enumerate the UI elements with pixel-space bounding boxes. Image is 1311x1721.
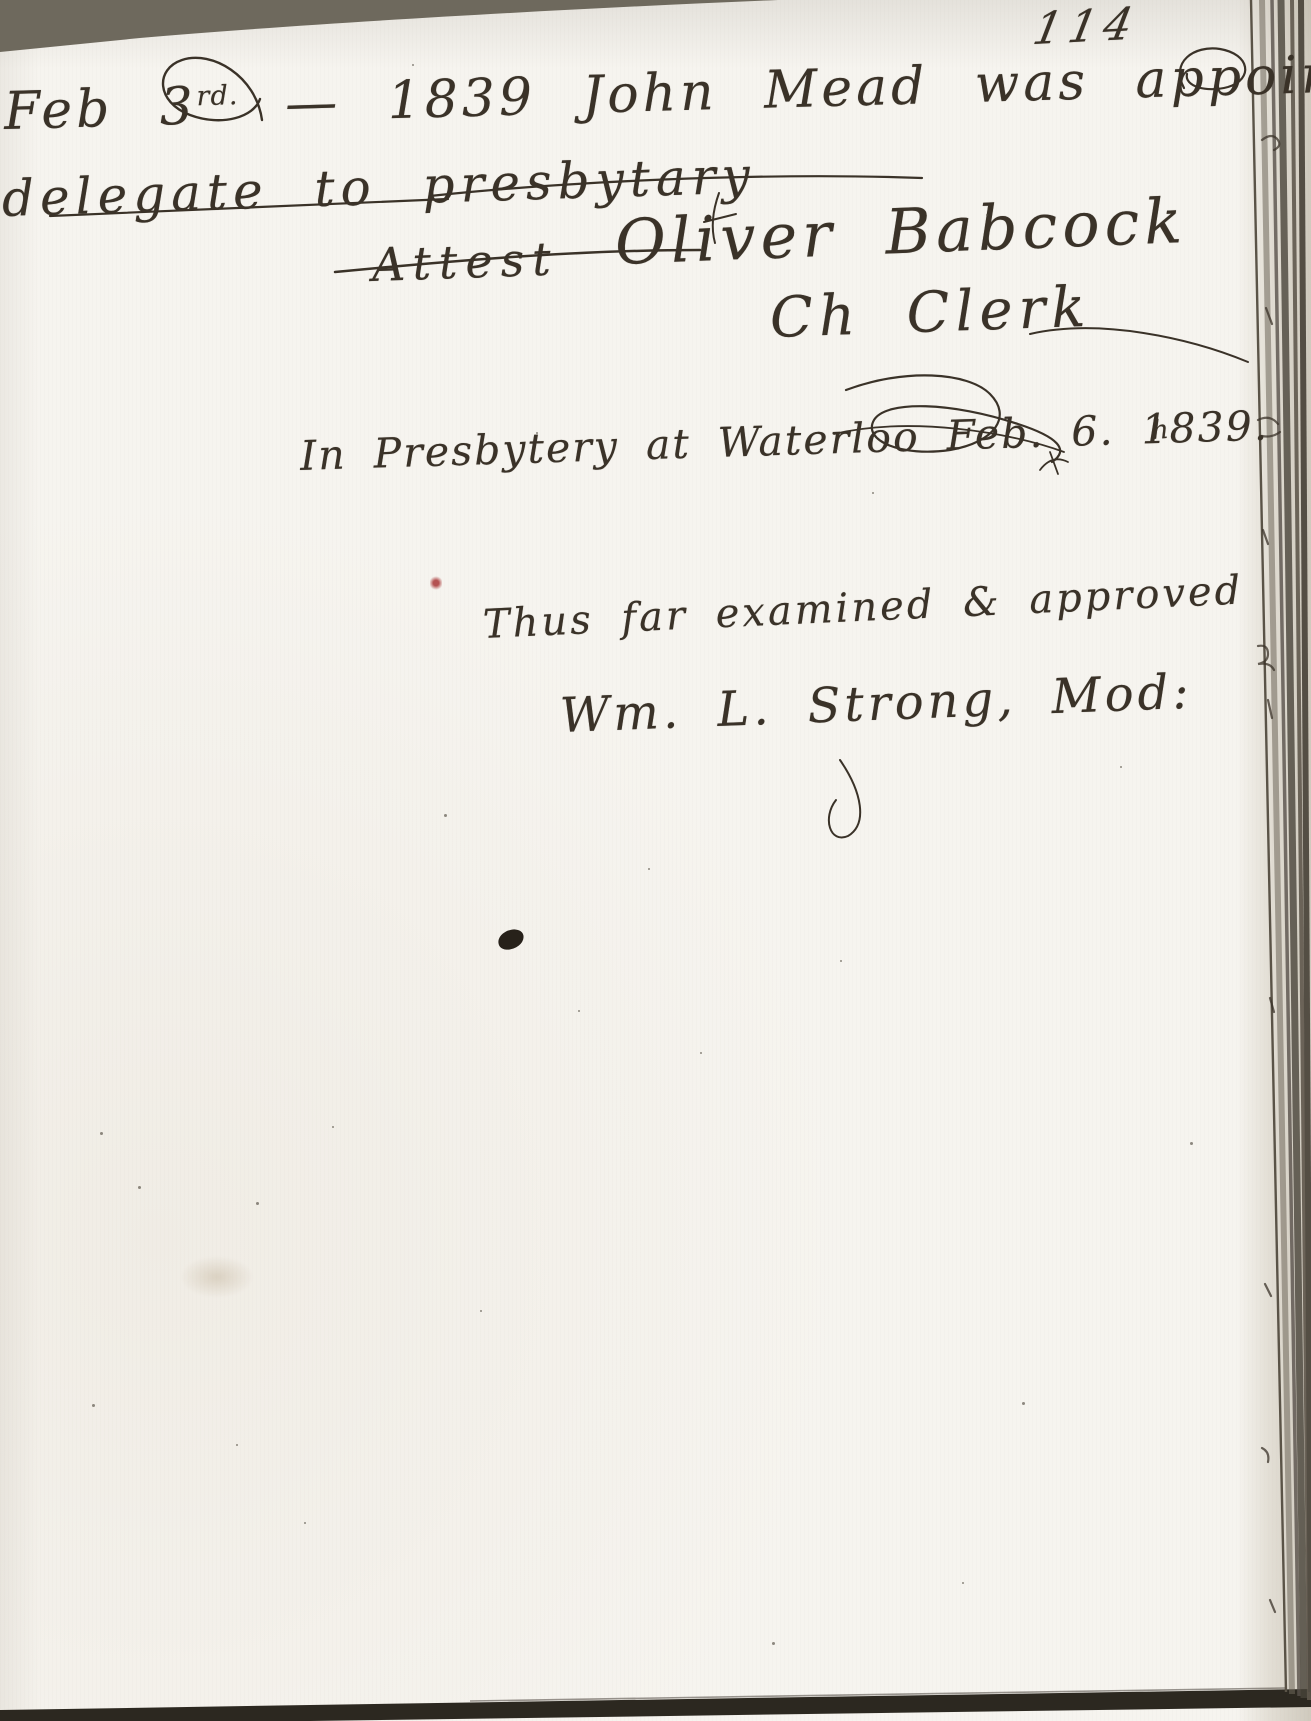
paper-speck (1022, 1402, 1025, 1405)
entry-date-line: Feb 3rd. — 1839 John Mead was appointed (3, 42, 1311, 142)
paper-speck (332, 1126, 334, 1128)
paper-speck (1190, 1142, 1193, 1145)
entry-date-rest: — 1839 John Mead was appointed (238, 42, 1311, 135)
superscript-mark: h (1151, 415, 1170, 446)
paper-speck (412, 64, 414, 66)
clerk-title: Ch Clerk (769, 275, 1092, 351)
book-gutter-shading (1237, 0, 1311, 1721)
page-bottom-rule (470, 1688, 1286, 1701)
paper-speck (1120, 766, 1122, 768)
paper-speck (962, 1582, 964, 1584)
paper-speck (840, 960, 842, 962)
red-ink-speck (430, 576, 442, 590)
paper-speck (444, 814, 447, 817)
paper-speck (772, 1642, 775, 1645)
presbytery-note: In Presbytery at Waterloo Feb. 6. 1839. (299, 402, 1269, 480)
paper-speck (700, 1052, 702, 1054)
entry-date-prefix: Feb 3 (3, 77, 198, 142)
moderator-signature: Wm. L. Strong, Mod: (559, 664, 1194, 744)
page-number: 114 (1029, 0, 1144, 55)
bottom-edge-band (0, 1689, 1311, 1721)
scanned-ledger-page: 114 Feb 3rd. — 1839 John Mead was appoin… (0, 0, 1311, 1721)
attest-label: Attest (371, 232, 559, 292)
examined-approved-line: Thus far examined & approved (482, 568, 1244, 648)
paper-speck (92, 1404, 95, 1407)
ink-blot (496, 928, 525, 952)
paper-speck (138, 1186, 141, 1189)
paper-speck (872, 492, 874, 494)
strong-descender-loop (829, 760, 860, 837)
paper-speck (536, 432, 538, 434)
paper-speck (236, 1444, 238, 1446)
paper-speck (100, 1132, 103, 1135)
paper-speck (986, 214, 988, 216)
paper-speck (256, 1202, 259, 1205)
paper-speck (578, 1010, 580, 1012)
top-edge-band (0, 0, 778, 52)
paper-speck (480, 1310, 482, 1312)
paper-speck (304, 1522, 306, 1524)
paper-smudge (180, 1256, 254, 1298)
date-ordinal: rd. (196, 80, 239, 112)
paper-speck (648, 868, 650, 870)
